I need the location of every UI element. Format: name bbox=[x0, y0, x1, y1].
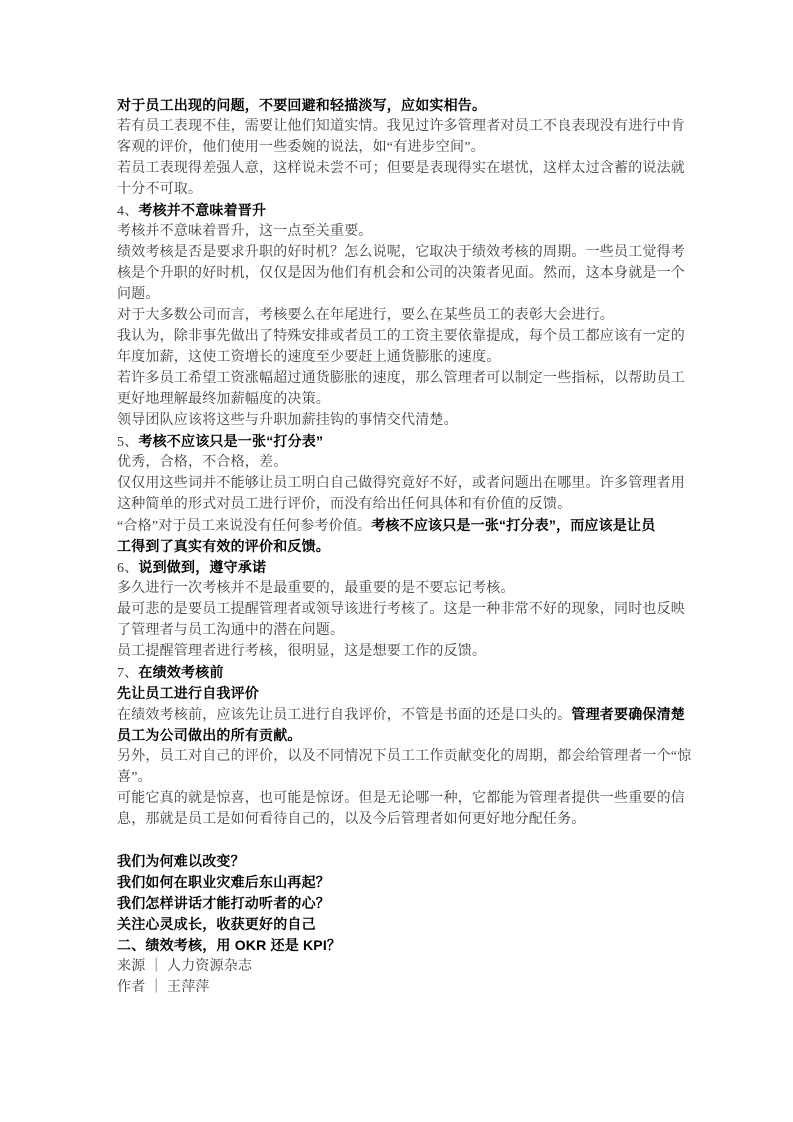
bold-text-segment: 对于员工出现的问题，不要回避和轻描淡写，应如实相告。 bbox=[117, 97, 486, 113]
bold-text-segment: 在绩效考核前 bbox=[138, 664, 223, 680]
text-line: 关注心灵成长，收获更好的自己 bbox=[117, 914, 682, 935]
text-line: 息，那就是员工是如何看待自己的，以及今后管理者如何更好地分配任务。 bbox=[117, 809, 682, 830]
text-segment: 年度加薪，这使工资增长的速度至少要赶上通货膨胀的速度。 bbox=[117, 350, 500, 365]
text-segment: 另外，员工对自己的评价，以及不同情况下员工工作贡献变化的周期，都会给管理者一个“… bbox=[117, 749, 691, 764]
text-segment: 领导团队应该将这些与升职加薪挂钩的事情交代清楚。 bbox=[117, 413, 458, 428]
text-segment: 6、 bbox=[117, 561, 138, 576]
text-segment: 喜”。 bbox=[117, 770, 152, 785]
text-segment: 7、 bbox=[117, 666, 138, 681]
text-line: 十分不可取。 bbox=[117, 179, 682, 200]
text-segment: “合格”对于员工来说没有任何参考价值。 bbox=[117, 519, 371, 534]
text-line: 我认为，除非事先做出了特殊安排或者员工的工资主要依靠提成，每个员工都应该有一定的 bbox=[117, 326, 682, 347]
bold-text-segment: 考核不应该只是一张“打分表” bbox=[138, 433, 323, 449]
text-segment: 客观的评价，他们使用一些委婉的说法，如“有进步空间”。 bbox=[117, 140, 485, 155]
text-segment: 了管理者与员工沟通中的潜在问题。 bbox=[117, 623, 344, 638]
bold-text-segment: 工得到了真实有效的评价和反馈。 bbox=[117, 538, 330, 554]
text-line: 来源 ｜ 人力资源杂志 bbox=[117, 956, 682, 977]
text-line: 若员工表现得差强人意，这样说未尝不可；但要是表现得实在堪忧，这样太过含蓄的说法就 bbox=[117, 158, 682, 179]
bold-text-segment: 我们怎样讲话才能打动听者的心？ bbox=[117, 895, 330, 911]
text-segment: 息，那就是员工是如何看待自己的，以及今后管理者如何更好地分配任务。 bbox=[117, 812, 586, 827]
text-segment: 若员工表现得差强人意，这样说未尝不可；但要是表现得实在堪忧，这样太过含蓄的说法就 bbox=[117, 161, 685, 176]
text-segment: 更好地理解最终加薪幅度的决策。 bbox=[117, 392, 330, 407]
text-segment: 仅仅用这些词并不能够让员工明白自己做得究竟好不好，或者问题出在哪里。许多管理者用 bbox=[117, 476, 685, 491]
text-segment: 多久进行一次考核并不是最重要的，最重要的是不要忘记考核。 bbox=[117, 581, 515, 596]
text-line: 7、在绩效考核前 bbox=[117, 662, 682, 683]
text-line: 核是个升职的好时机，仅仅是因为他们有机会和公司的决策者见面。然而，这本身就是一个 bbox=[117, 263, 682, 284]
text-line: 我们如何在职业灾难后东山再起？ bbox=[117, 872, 682, 893]
text-line: 二、绩效考核，用 OKR 还是 KPI？ bbox=[117, 935, 682, 956]
text-line: 若有员工表现不佳，需要让他们知道实情。我见过许多管理者对员工不良表现没有进行中肯 bbox=[117, 116, 682, 137]
text-line: 对于大多数公司而言，考核要么在年尾进行，要么在某些员工的表彰大会进行。 bbox=[117, 305, 682, 326]
text-line: 工得到了真实有效的评价和反馈。 bbox=[117, 536, 682, 557]
text-line: 员工为公司做出的所有贡献。 bbox=[117, 725, 682, 746]
text-line: 这种简单的形式对员工进行评价，而没有给出任何具体和有价值的反馈。 bbox=[117, 494, 682, 515]
text-line: 多久进行一次考核并不是最重要的，最重要的是不要忘记考核。 bbox=[117, 578, 682, 599]
text-segment: 十分不可取。 bbox=[117, 182, 202, 197]
text-line: 我们怎样讲话才能打动听者的心？ bbox=[117, 893, 682, 914]
text-line: 另外，员工对自己的评价，以及不同情况下员工工作贡献变化的周期，都会给管理者一个“… bbox=[117, 746, 682, 767]
document-page: 对于员工出现的问题，不要回避和轻描淡写，应如实相告。若有员工表现不佳，需要让他们… bbox=[0, 0, 793, 1122]
text-segment: 若有员工表现不佳，需要让他们知道实情。我见过许多管理者对员工不良表现没有进行中肯 bbox=[117, 119, 685, 134]
text-line: 先让员工进行自我评价 bbox=[117, 683, 682, 704]
text-line: 问题。 bbox=[117, 284, 682, 305]
text-segment: 我认为，除非事先做出了特殊安排或者员工的工资主要依靠提成，每个员工都应该有一定的 bbox=[117, 329, 685, 344]
text-line: 年度加薪，这使工资增长的速度至少要赶上通货膨胀的速度。 bbox=[117, 347, 682, 368]
text-line: 我们为何难以改变？ bbox=[117, 851, 682, 872]
text-line: 领导团队应该将这些与升职加薪挂钩的事情交代清楚。 bbox=[117, 410, 682, 431]
text-segment: 考核并不意味着晋升，这一点至关重要。 bbox=[117, 224, 373, 239]
text-line: 客观的评价，他们使用一些委婉的说法，如“有进步空间”。 bbox=[117, 137, 682, 158]
bold-text-segment: 我们如何在职业灾难后东山再起？ bbox=[117, 874, 330, 890]
text-segment: 5、 bbox=[117, 435, 138, 450]
text-line: “合格”对于员工来说没有任何参考价值。考核不应该只是一张“打分表”，而应该是让员 bbox=[117, 515, 682, 536]
document-text-block: 对于员工出现的问题，不要回避和轻描淡写，应如实相告。若有员工表现不佳，需要让他们… bbox=[117, 95, 682, 998]
text-line: 在绩效考核前，应该先让员工进行自我评价，不管是书面的还是口头的。管理者要确保清楚 bbox=[117, 704, 682, 725]
text-line: 绩效考核是否是要求升职的好时机？怎么说呢，它取决于绩效考核的周期。一些员工觉得考 bbox=[117, 242, 682, 263]
bold-text-segment: 考核不应该只是一张“打分表”，而应该是让员 bbox=[371, 517, 655, 533]
text-segment: 若许多员工希望工资涨幅超过通货膨胀的速度，那么管理者可以制定一些指标，以帮助员工 bbox=[117, 371, 685, 386]
text-line: 最可悲的是要员工提醒管理者或领导该进行考核了。这是一种非常不好的现象，同时也反映 bbox=[117, 599, 682, 620]
text-segment: 最可悲的是要员工提醒管理者或领导该进行考核了。这是一种非常不好的现象，同时也反映 bbox=[117, 602, 685, 617]
text-segment: 绩效考核是否是要求升职的好时机？怎么说呢，它取决于绩效考核的周期。一些员工觉得考 bbox=[117, 245, 685, 260]
text-segment: 可能它真的就是惊喜，也可能是惊讶。但是无论哪一种，它都能为管理者提供一些重要的信 bbox=[117, 791, 685, 806]
text-segment: 核是个升职的好时机，仅仅是因为他们有机会和公司的决策者见面。然而，这本身就是一个 bbox=[117, 266, 685, 281]
bold-text-segment: 关注心灵成长，收获更好的自己 bbox=[117, 916, 316, 932]
bold-text-segment: 先让员工进行自我评价 bbox=[117, 685, 259, 701]
bold-text-segment: 二、绩效考核，用 OKR 还是 KPI？ bbox=[117, 937, 341, 953]
text-line: 员工提醒管理者进行考核，很明显，这是想要工作的反馈。 bbox=[117, 641, 682, 662]
text-segment: 员工提醒管理者进行考核，很明显，这是想要工作的反馈。 bbox=[117, 644, 486, 659]
text-segment: 作者 ｜ 王萍萍 bbox=[117, 980, 210, 995]
text-line: 喜”。 bbox=[117, 767, 682, 788]
text-segment: 问题。 bbox=[117, 287, 160, 302]
text-line: 了管理者与员工沟通中的潜在问题。 bbox=[117, 620, 682, 641]
blank-line bbox=[117, 830, 682, 851]
text-line: 仅仅用这些词并不能够让员工明白自己做得究竟好不好，或者问题出在哪里。许多管理者用 bbox=[117, 473, 682, 494]
bold-text-segment: 员工为公司做出的所有贡献。 bbox=[117, 727, 302, 743]
bold-text-segment: 说到做到，遵守承诺 bbox=[138, 559, 266, 575]
bold-text-segment: 我们为何难以改变？ bbox=[117, 853, 245, 869]
text-segment: 这种简单的形式对员工进行评价，而没有给出任何具体和有价值的反馈。 bbox=[117, 497, 571, 512]
text-line: 若许多员工希望工资涨幅超过通货膨胀的速度，那么管理者可以制定一些指标，以帮助员工 bbox=[117, 368, 682, 389]
text-segment: 4、 bbox=[117, 204, 138, 219]
text-line: 可能它真的就是惊喜，也可能是惊讶。但是无论哪一种，它都能为管理者提供一些重要的信 bbox=[117, 788, 682, 809]
text-line: 优秀，合格，不合格，差。 bbox=[117, 452, 682, 473]
text-line: 对于员工出现的问题，不要回避和轻描淡写，应如实相告。 bbox=[117, 95, 682, 116]
text-line: 6、说到做到，遵守承诺 bbox=[117, 557, 682, 578]
text-segment: 优秀，合格，不合格，差。 bbox=[117, 455, 287, 470]
text-segment: 对于大多数公司而言，考核要么在年尾进行，要么在某些员工的表彰大会进行。 bbox=[117, 308, 614, 323]
text-line: 作者 ｜ 王萍萍 bbox=[117, 977, 682, 998]
text-line: 5、考核不应该只是一张“打分表” bbox=[117, 431, 682, 452]
bold-text-segment: 考核并不意味着晋升 bbox=[138, 202, 266, 218]
text-segment: 在绩效考核前，应该先让员工进行自我评价，不管是书面的还是口头的。 bbox=[117, 708, 571, 723]
text-segment: 来源 ｜ 人力资源杂志 bbox=[117, 959, 252, 974]
text-line: 更好地理解最终加薪幅度的决策。 bbox=[117, 389, 682, 410]
text-line: 4、考核并不意味着晋升 bbox=[117, 200, 682, 221]
bold-text-segment: 管理者要确保清楚 bbox=[571, 706, 685, 722]
text-line: 考核并不意味着晋升，这一点至关重要。 bbox=[117, 221, 682, 242]
